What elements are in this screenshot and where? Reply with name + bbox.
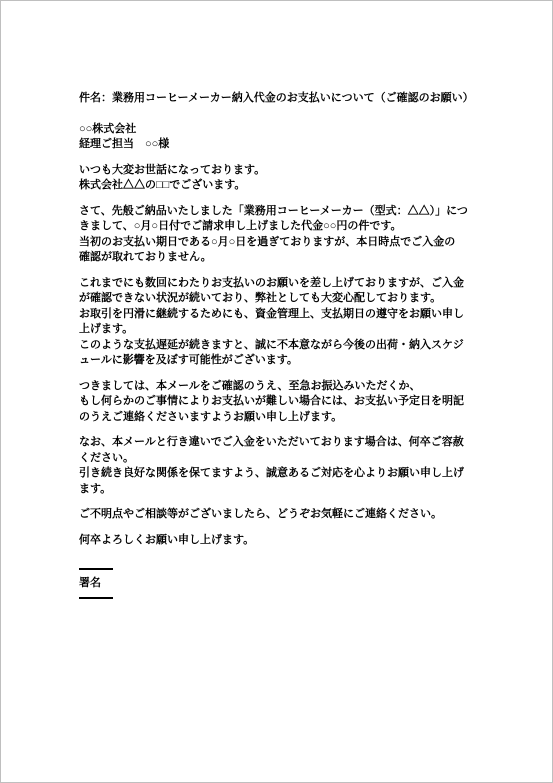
paragraph-closing: 何卒よろしくお願い申し上げます。 xyxy=(79,533,489,549)
signature-label: 署名 xyxy=(79,576,489,592)
signature-divider-bottom xyxy=(79,597,113,599)
body-line: が確認できない状況が続いており、弊社としても大変心配しております。 xyxy=(79,291,489,307)
body-line: 当初のお支払い期日である○月○日を過ぎておりますが、本日時点でご入金の xyxy=(79,235,489,251)
signature-divider-top xyxy=(79,568,113,570)
subject-line: 件名：業務用コーヒーメーカー納入代金のお支払いについて（ご確認のお願い） xyxy=(79,91,489,107)
paragraph-concern: これまでにも数回にわたりお支払いのお願いを差し上げておりますが、ご入金 が確認で… xyxy=(79,276,489,369)
body-line: このような支払遅延が続きますと、誠に不本意ながら今後の出荷・納入スケジ xyxy=(79,338,489,354)
document-page: 件名：業務用コーヒーメーカー納入代金のお支払いについて（ご確認のお願い） ○○株… xyxy=(0,0,553,783)
body-line: ます。 xyxy=(79,482,489,498)
body-line: つきましては、本メールをご確認のうえ、至急お振込みいただくか、 xyxy=(79,379,489,395)
body-line: のうえご連絡くださいますようお願い申し上げます。 xyxy=(79,410,489,426)
body-line: これまでにも数回にわたりお支払いのお願いを差し上げておりますが、ご入金 xyxy=(79,276,489,292)
body-line: なお、本メールと行き違いでご入金をいただいております場合は、何卒ご容赦 xyxy=(79,435,489,451)
body-line: 上げます。 xyxy=(79,322,489,338)
signature-block: 署名 xyxy=(79,568,489,599)
body-line: ください。 xyxy=(79,451,489,467)
body-line: 引き続き良好な関係を保てますよう、誠意あるご対応を心よりお願い申し上げ xyxy=(79,466,489,482)
paragraph-invoice-details: さて、先般ご納品いたしました「業務用コーヒーメーカー（型式：△△）」につ きまし… xyxy=(79,204,489,266)
recipient-contact: 経理ご担当 ○○様 xyxy=(79,137,489,153)
body-line: ご不明点やご相談等がございましたら、どうぞお気軽にご連絡ください。 xyxy=(79,507,489,523)
email-body: 件名：業務用コーヒーメーカー納入代金のお支払いについて（ご確認のお願い） ○○株… xyxy=(79,91,489,599)
body-line: 確認が取れておりません。 xyxy=(79,250,489,266)
paragraph-crossing-note: なお、本メールと行き違いでご入金をいただいております場合は、何卒ご容赦 ください… xyxy=(79,435,489,497)
body-line: お取引を円滑に継続するためにも、資金管理上、支払期日の遵守をお願い申し xyxy=(79,307,489,323)
recipient-block: ○○株式会社 経理ご担当 ○○様 xyxy=(79,122,489,153)
body-line: 株式会社△△の□□でございます。 xyxy=(79,178,489,194)
body-line: さて、先般ご納品いたしました「業務用コーヒーメーカー（型式：△△）」につ xyxy=(79,204,489,220)
body-line: 何卒よろしくお願い申し上げます。 xyxy=(79,533,489,549)
recipient-company: ○○株式会社 xyxy=(79,122,489,138)
paragraph-greeting: いつも大変お世話になっております。 株式会社△△の□□でございます。 xyxy=(79,163,489,194)
body-line: ュールに影響を及ぼす可能性がございます。 xyxy=(79,353,489,369)
paragraph-payment-request: つきましては、本メールをご確認のうえ、至急お振込みいただくか、 もし何らかのご事… xyxy=(79,379,489,426)
body-line: いつも大変お世話になっております。 xyxy=(79,163,489,179)
body-line: きまして、○月○日付でご請求申し上げました代金○○円の件です。 xyxy=(79,219,489,235)
body-line: もし何らかのご事情によりお支払いが難しい場合には、お支払い予定日を明記 xyxy=(79,394,489,410)
paragraph-contact: ご不明点やご相談等がございましたら、どうぞお気軽にご連絡ください。 xyxy=(79,507,489,523)
